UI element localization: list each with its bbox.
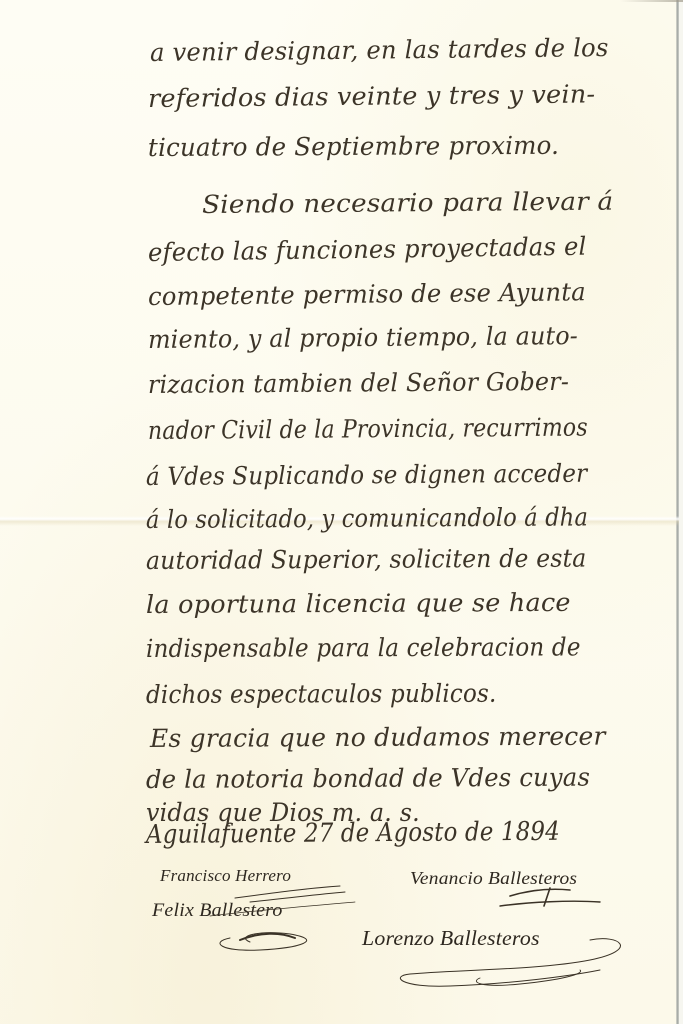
body-line-6: competente permiso de ese Ayunta <box>148 277 586 311</box>
body-line-17: de la notoria bondad de Vdes cuyas <box>146 763 590 794</box>
body-line-10: á Vdes Suplicando se dignen acceder <box>146 459 587 491</box>
paper-top-edge <box>620 0 683 2</box>
signature-francisco-herrero: Francisco Herrero <box>160 866 291 886</box>
body-line-1: a venir designar, en las tardes de los <box>150 33 609 67</box>
place-date-line: Aguilafuente 27 de Agosto de 1894 <box>146 817 560 850</box>
body-line-9: nador Civil de la Provincia, recurrimos <box>148 413 588 445</box>
body-line-4: Siendo necesario para llevar á <box>202 187 614 219</box>
signature-venancio-ballesteros: Venancio Ballesteros <box>410 868 577 889</box>
body-line-16: Es gracia que no dudamos merecer <box>150 722 606 753</box>
body-line-8: rizacion tambien del Señor Gober- <box>148 367 569 399</box>
body-line-7: miento, y al propio tiempo, la auto- <box>148 321 578 354</box>
letter-page: a venir designar, en las tardes de los r… <box>0 0 683 1024</box>
body-line-12: autoridad Superior, soliciten de esta <box>146 544 587 575</box>
body-line-15: dichos espectaculos publicos. <box>146 679 497 709</box>
signature-lorenzo-ballesteros: Lorenzo Ballesteros <box>362 926 540 951</box>
scan-margin <box>679 0 683 1024</box>
body-line-3: ticuatro de Septiembre proximo. <box>148 131 559 162</box>
signature-felix-ballestero: Felix Ballestero <box>152 900 283 922</box>
body-line-2: referidos dias veinte y tres y vein- <box>148 79 595 113</box>
body-line-5: efecto las funciones proyectadas el <box>148 232 587 267</box>
body-line-11: á lo solicitado, y comunicandolo á dha <box>146 502 588 534</box>
body-line-13: la oportuna licencia que se hace <box>146 588 571 619</box>
body-line-14: indispensable para la celebracion de <box>146 632 581 663</box>
paper-edge <box>676 0 679 1024</box>
